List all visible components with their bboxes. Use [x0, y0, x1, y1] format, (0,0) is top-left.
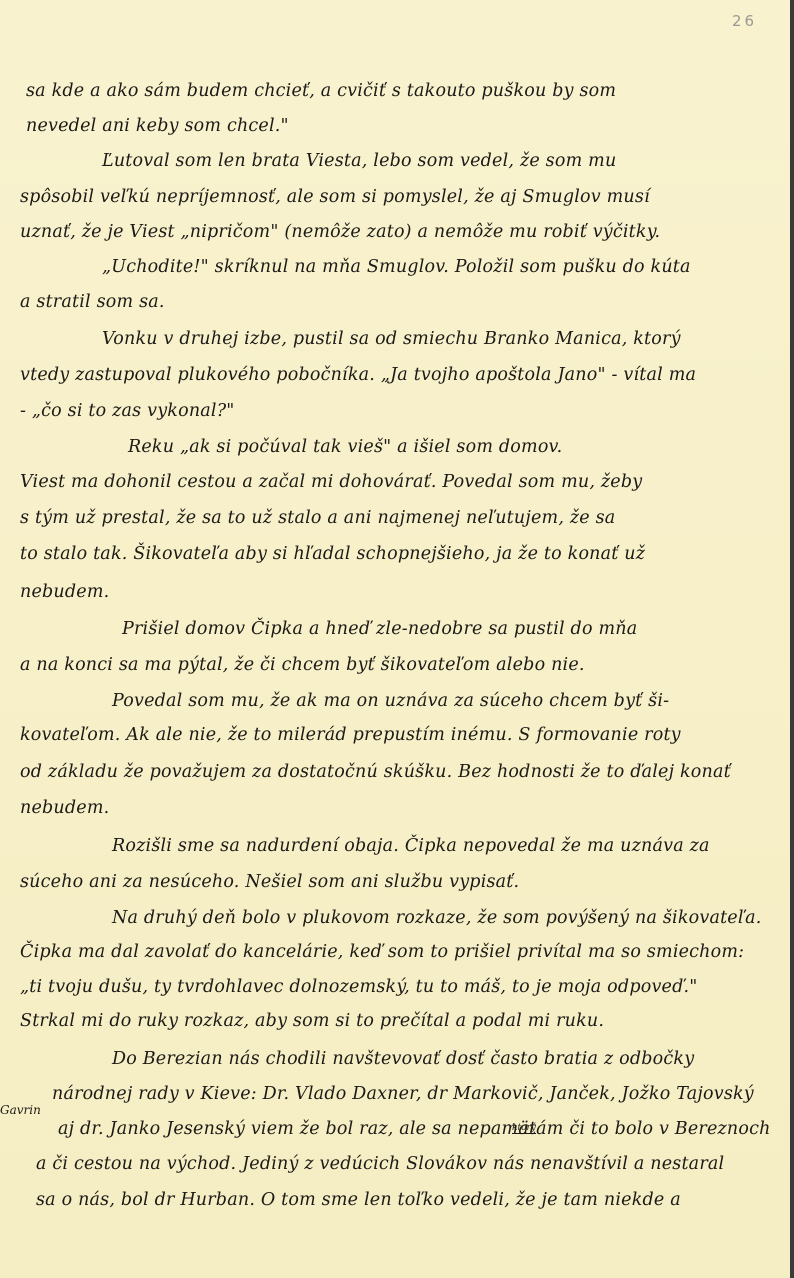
interlinear-insertion: ktorý: [512, 1123, 536, 1134]
text-line: nevedel ani keby som chcel.": [26, 115, 289, 137]
text-line: aj dr. Janko Jesenský viem že bol raz, a…: [58, 1118, 771, 1140]
text-line: a stratil som sa.: [20, 291, 165, 313]
text-line: s tým už prestal, že sa to už stalo a an…: [20, 507, 615, 529]
text-line: Reku „ak si počúval tak vieš" a išiel so…: [128, 436, 562, 458]
page-number: 26: [732, 12, 757, 30]
text-line: - „čo si to zas vykonal?": [20, 400, 235, 422]
scan-edge: [790, 0, 794, 1278]
text-line: sa kde a ako sám budem chcieť, a cvičiť …: [26, 80, 616, 102]
text-line: Do Berezian nás chodili navštevovať dosť…: [112, 1048, 694, 1070]
text-line: uznať, že je Viest „nipričom" (nemôže za…: [20, 221, 660, 243]
text-line: súceho ani za nesúceho. Nešiel som ani s…: [20, 871, 519, 893]
text-line: kovateľom. Ak ale nie, že to milerád pre…: [20, 724, 681, 746]
text-line: od základu že považujem za dostatočnú sk…: [20, 761, 731, 783]
text-line: Čipka ma dal zavolať do kancelárie, keď …: [20, 941, 744, 963]
manuscript-page: 26 sa kde a ako sám budem chcieť, a cvič…: [0, 0, 794, 1278]
text-line: Vonku v druhej izbe, pustil sa od smiech…: [102, 328, 681, 350]
text-line: a na konci sa ma pýtal, že či chcem byť …: [20, 654, 585, 676]
text-line: nebudem.: [20, 797, 109, 819]
text-line: nebudem.: [20, 581, 109, 603]
text-line: spôsobil veľkú nepríjemnosť, ale som si …: [20, 186, 650, 208]
text-line: „Uchodite!" skríknul na mňa Smuglov. Pol…: [102, 256, 691, 278]
text-line: Strkal mi do ruky rozkaz, aby som si to …: [20, 1010, 604, 1032]
text-line: sa o nás, bol dr Hurban. O tom sme len t…: [36, 1189, 681, 1211]
text-line: národnej rady v Kieve: Dr. Vlado Daxner,…: [52, 1083, 754, 1105]
text-line: Ľutoval som len brata Viesta, lebo som v…: [102, 150, 616, 172]
text-line: Prišiel domov Čipka a hneď zle-nedobre s…: [122, 618, 637, 640]
text-line: Viest ma dohonil cestou a začal mi dohov…: [20, 471, 642, 493]
text-line: a či cestou na východ. Jediný z vedúcich…: [36, 1153, 724, 1175]
text-line: Povedal som mu, že ak ma on uznáva za sú…: [112, 690, 669, 712]
text-line: „ti tvoju dušu, ty tvrdohlavec dolnozems…: [20, 976, 698, 998]
text-line: vtedy zastupoval plukového pobočníka. „J…: [20, 364, 696, 386]
text-line: to stalo tak. Šikovateľa aby si hľadal s…: [20, 543, 645, 565]
text-line: Na druhý deň bolo v plukovom rozkaze, že…: [112, 907, 761, 929]
margin-note: Gavrin: [0, 1103, 41, 1117]
text-line: Rozišli sme sa nadurdení obaja. Čipka ne…: [112, 835, 710, 857]
